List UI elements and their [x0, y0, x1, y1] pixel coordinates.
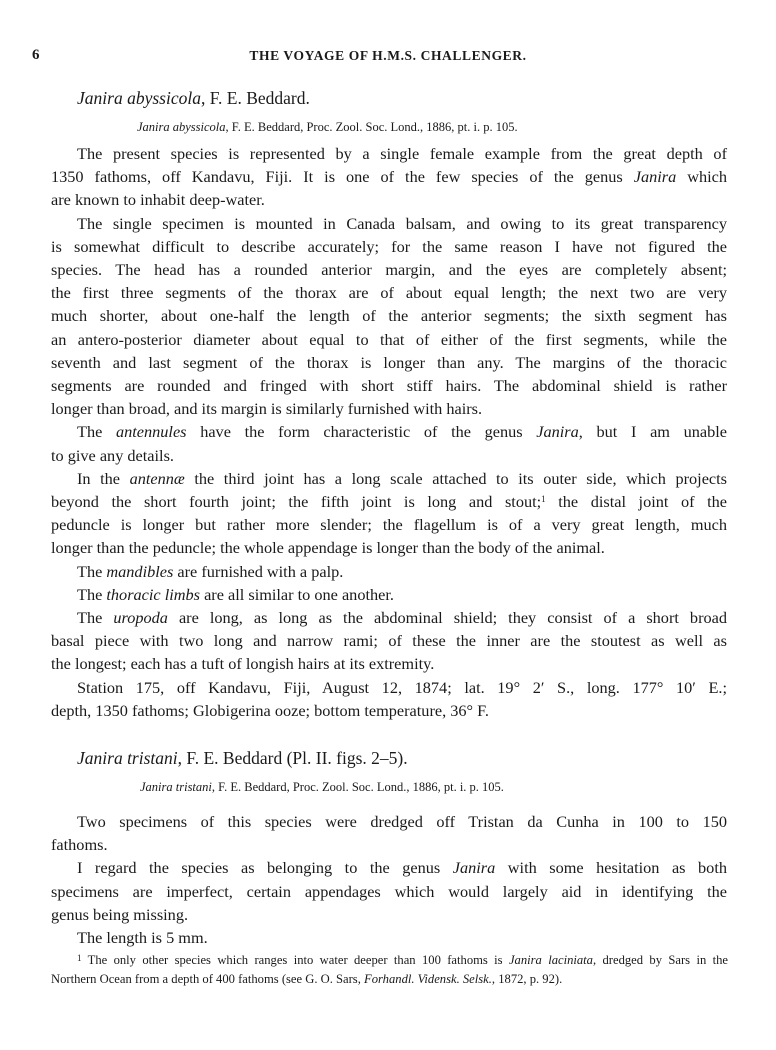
- italic-term: antennæ: [130, 469, 185, 488]
- text-span: are all similar to one another.: [200, 585, 394, 604]
- text-line: much shorter, about one-half the length …: [51, 304, 727, 327]
- paragraph: The single specimen is mounted in Canada…: [51, 212, 727, 421]
- text-line: the longest; each has a tuft of longish …: [51, 652, 727, 675]
- text-line: seventh and last segment of the thorax i…: [51, 351, 727, 374]
- section-body-tristani: Two specimens of this species were dredg…: [51, 810, 727, 949]
- paragraph: I regard the species as belonging to the…: [51, 856, 727, 926]
- text-line: segments are rounded and fringed with sh…: [51, 374, 727, 397]
- italic-term: thoracic limbs: [106, 585, 200, 604]
- text-line: I regard the species as belonging to the…: [51, 856, 727, 879]
- text-line: The present species is represented by a …: [51, 142, 727, 165]
- text-span: The: [77, 585, 106, 604]
- text-line: The single specimen is mounted in Canada…: [51, 212, 727, 235]
- text-span: the distal joint of the: [546, 492, 727, 511]
- text-span: beyond the short fourth joint; the fifth…: [51, 492, 541, 511]
- text-line: peduncle is longer but rather more slend…: [51, 513, 727, 536]
- citation-tristani: Janira tristani, F. E. Beddard, Proc. Zo…: [140, 780, 504, 795]
- paragraph: The thoracic limbs are all similar to on…: [51, 583, 727, 606]
- text-line: Two specimens of this species were dredg…: [51, 810, 727, 833]
- text-span: have the form characteristic of the genu…: [187, 422, 537, 441]
- paragraph: Two specimens of this species were dredg…: [51, 810, 727, 856]
- text-span: , 1872, p. 92).: [492, 972, 562, 986]
- italic-term: Janira: [536, 422, 579, 441]
- text-span: are furnished with a palp.: [173, 562, 343, 581]
- text-line: genus being missing.: [51, 903, 727, 926]
- paragraph: The uropoda are long, as long as the abd…: [51, 606, 727, 676]
- italic-term: Janira laciniata: [509, 953, 593, 967]
- text-span: , dredged by Sars in the: [593, 953, 728, 967]
- text-span: Northern Ocean from a depth of 400 fatho…: [51, 972, 364, 986]
- species-name: Janira tristani: [77, 748, 178, 768]
- species-heading-tristani: Janira tristani, F. E. Beddard (Pl. II. …: [77, 748, 408, 769]
- citation-species: Janira abyssicola: [137, 120, 226, 134]
- text-span: The: [77, 422, 116, 441]
- text-span: The only other species which ranges into…: [82, 953, 509, 967]
- italic-term: antennules: [116, 422, 187, 441]
- text-span: The: [77, 562, 106, 581]
- citation-abyssicola: Janira abyssicola, F. E. Beddard, Proc. …: [137, 120, 518, 135]
- page-header: 6 THE VOYAGE OF H.M.S. CHALLENGER.: [0, 47, 776, 67]
- text-line: longer than the peduncle; the whole appe…: [51, 536, 727, 559]
- text-span: I regard the species as belonging to the…: [77, 858, 453, 877]
- paragraph: The antennules have the form characteris…: [51, 420, 727, 466]
- paragraph: In the antennæ the third joint has a lon…: [51, 467, 727, 560]
- text-span: with some hesitation as both: [495, 858, 727, 877]
- text-line: specimens are imperfect, certain appenda…: [51, 880, 727, 903]
- paragraph: The mandibles are furnished with a palp.: [51, 560, 727, 583]
- text-line: The mandibles are furnished with a palp.: [51, 560, 727, 583]
- running-title: THE VOYAGE OF H.M.S. CHALLENGER.: [0, 48, 776, 64]
- footnote-marker: 1: [541, 494, 546, 504]
- italic-term: Forhandl. Vidensk. Selsk.: [364, 972, 492, 986]
- paragraph: The present species is represented by a …: [51, 142, 727, 212]
- text-line: basal piece with two long and narrow ram…: [51, 629, 727, 652]
- paragraph-station-data: Station 175, off Kandavu, Fiji, August 1…: [51, 676, 727, 722]
- text-line: 1350 fathoms, off Kandavu, Fiji. It is o…: [51, 165, 727, 188]
- text-line: beyond the short fourth joint; the fifth…: [51, 490, 727, 513]
- book-page: 6 THE VOYAGE OF H.M.S. CHALLENGER. Janir…: [0, 0, 776, 1050]
- text-line: to give any details.: [51, 444, 727, 467]
- citation-text: , F. E. Beddard, Proc. Zool. Soc. Lond.,…: [212, 780, 504, 794]
- citation-species: Janira tristani: [140, 780, 212, 794]
- text-line: The length is 5 mm.: [51, 926, 727, 949]
- text-line: In the antennæ the third joint has a lon…: [51, 467, 727, 490]
- italic-term: Janira: [453, 858, 496, 877]
- footnote: 1 The only other species which ranges in…: [51, 951, 728, 989]
- italic-term: uropoda: [113, 608, 168, 627]
- section-body-abyssicola: The present species is represented by a …: [51, 142, 727, 722]
- species-name: Janira abyssicola: [77, 88, 201, 108]
- species-author: , F. E. Beddard.: [201, 88, 310, 108]
- text-span: are long, as long as the abdominal shiel…: [168, 608, 727, 627]
- text-line: The antennules have the form characteris…: [51, 420, 727, 443]
- text-span: the third joint has a long scale attache…: [185, 469, 727, 488]
- text-span: , but I am unable: [579, 422, 727, 441]
- text-line: the first three segments of the thorax a…: [51, 281, 727, 304]
- species-heading-abyssicola: Janira abyssicola, F. E. Beddard.: [77, 88, 310, 109]
- paragraph: The length is 5 mm.: [51, 926, 727, 949]
- text-line: The uropoda are long, as long as the abd…: [51, 606, 727, 629]
- footnote-marker: 1: [77, 953, 82, 963]
- text-line: an antero-posterior diameter about equal…: [51, 328, 727, 351]
- text-line: is somewhat difficult to describe accura…: [51, 235, 727, 258]
- italic-term: Janira: [634, 167, 677, 186]
- text-line: The thoracic limbs are all similar to on…: [51, 583, 727, 606]
- text-line: are known to inhabit deep-water.: [51, 188, 727, 211]
- text-line: species. The head has a rounded anterior…: [51, 258, 727, 281]
- text-line: 1 The only other species which ranges in…: [51, 951, 728, 970]
- text-line: fathoms.: [51, 833, 727, 856]
- text-span: The: [77, 608, 113, 627]
- text-span: which: [676, 167, 727, 186]
- italic-term: mandibles: [106, 562, 173, 581]
- citation-text: , F. E. Beddard, Proc. Zool. Soc. Lond.,…: [226, 120, 518, 134]
- text-span: 1350 fathoms, off Kandavu, Fiji. It is o…: [51, 167, 634, 186]
- text-line: depth, 1350 fathoms; Globigerina ooze; b…: [51, 699, 727, 722]
- species-author: , F. E. Beddard (Pl. II. figs. 2–5).: [178, 748, 408, 768]
- text-span: In the: [77, 469, 130, 488]
- text-line: longer than broad, and its margin is sim…: [51, 397, 727, 420]
- text-line: Station 175, off Kandavu, Fiji, August 1…: [51, 676, 727, 699]
- text-line: Northern Ocean from a depth of 400 fatho…: [51, 970, 728, 989]
